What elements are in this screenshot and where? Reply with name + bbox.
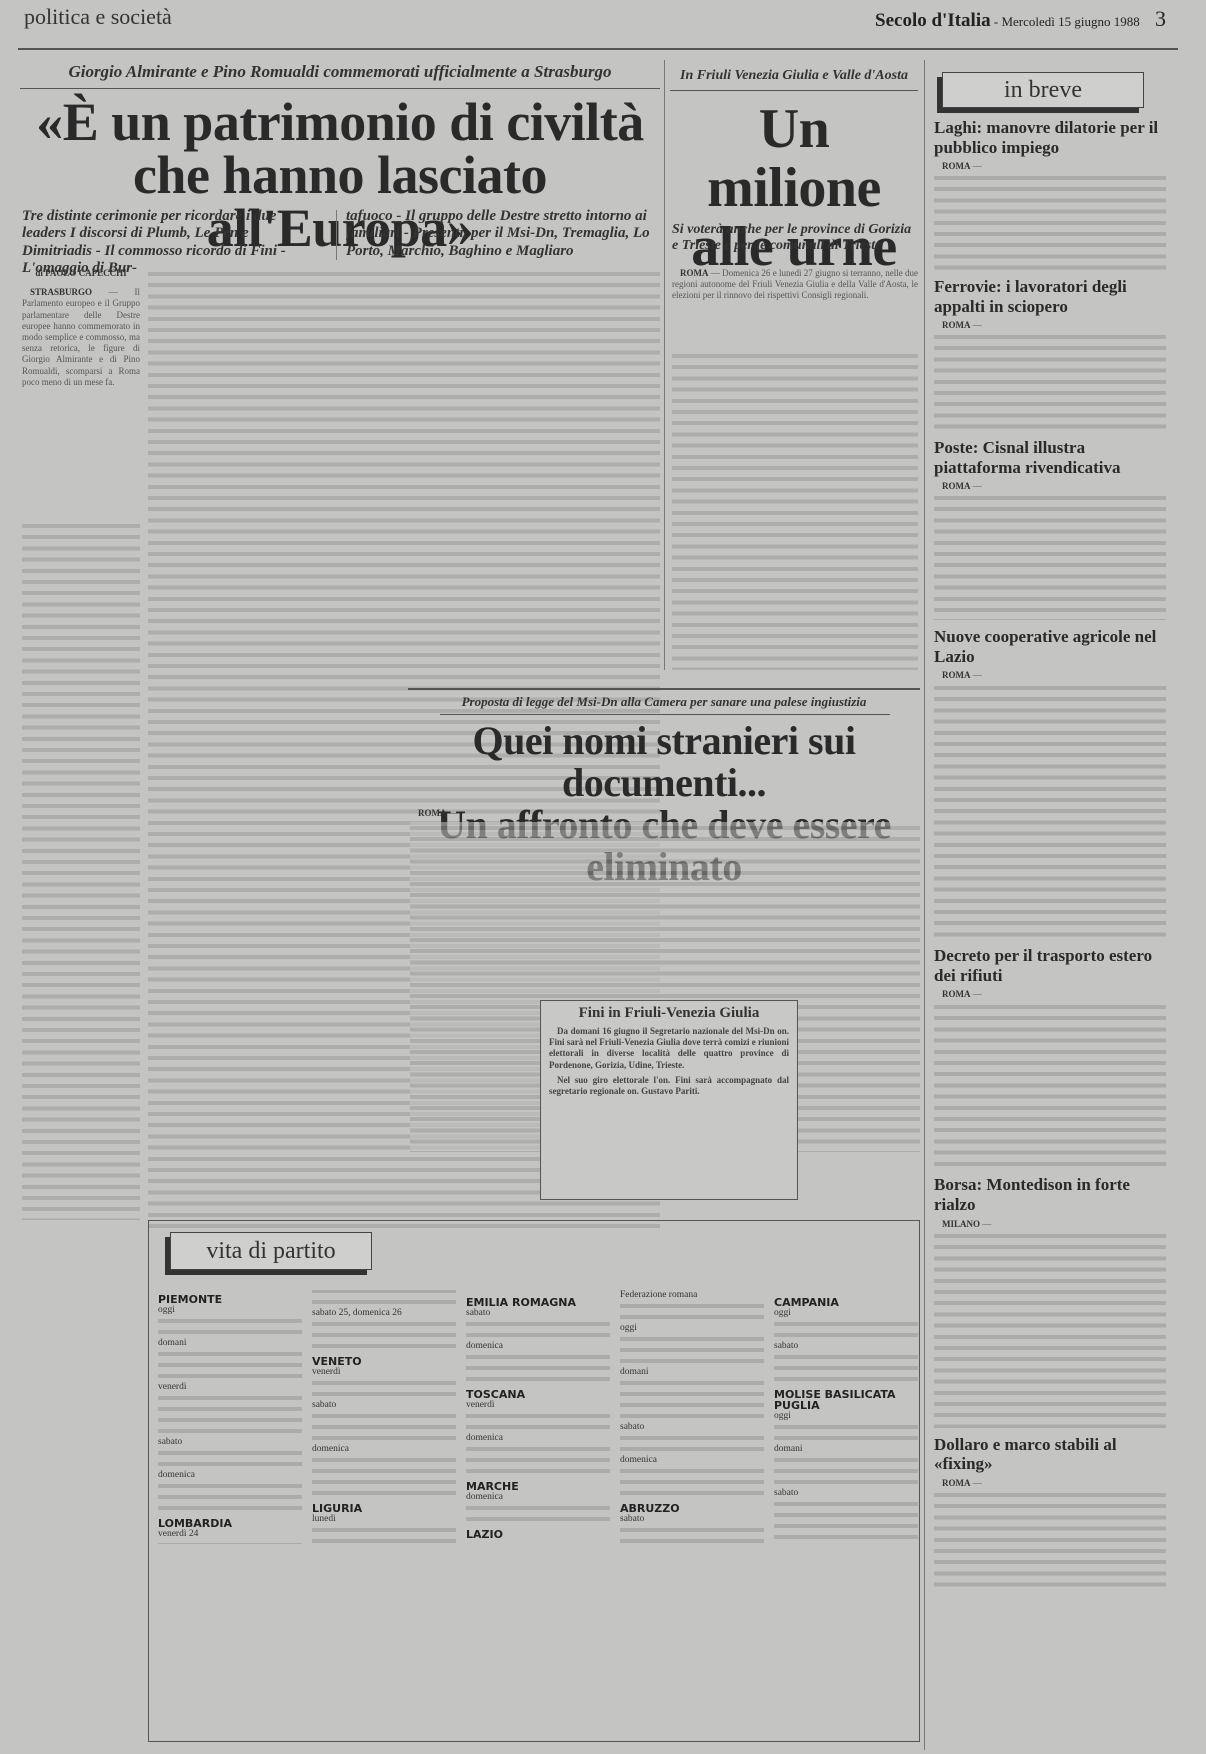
- brief-body: ROMA —: [934, 989, 1166, 1169]
- kicker-rule: [20, 88, 660, 89]
- col-divider: [664, 60, 665, 670]
- paper-name: Secolo d'Italia: [875, 10, 991, 31]
- region-day: oggi: [158, 1305, 302, 1316]
- event-text: [312, 1378, 456, 1400]
- region-day: sabato: [774, 1488, 918, 1499]
- main-subhead-right: tafuoco - Il gruppo delle Destre stretto…: [346, 208, 660, 260]
- region-heading: LIGURIA: [312, 1503, 456, 1514]
- region-heading: VENETO: [312, 1356, 456, 1367]
- col-divider-right: [924, 60, 925, 1750]
- event-text: [774, 1319, 918, 1341]
- region-day: oggi: [774, 1411, 918, 1422]
- event-text: [312, 1455, 456, 1499]
- vita-banner: vita di partito: [170, 1232, 372, 1270]
- region-heading: CAMPANIA: [774, 1297, 918, 1308]
- region-day: domani: [158, 1338, 302, 1349]
- nomi-kicker: Proposta di legge del Msi-Dn alla Camera…: [408, 694, 920, 710]
- brief-title: Decreto per il trasporto estero dei rifi…: [934, 946, 1166, 985]
- brief-body: ROMA —: [934, 161, 1166, 271]
- event-text: [774, 1499, 918, 1543]
- nomi-kicker-rule: [440, 714, 890, 715]
- event-text: [158, 1481, 302, 1514]
- fini-box-body: Da domani 16 giugno il Segretario nazion…: [549, 1026, 789, 1176]
- brief-dateline: ROMA: [942, 481, 971, 491]
- event-text: [774, 1455, 918, 1488]
- region-heading: MOLISE BASILICATA PUGLIA: [774, 1389, 918, 1411]
- main-headline-line1: «È un patrimonio di civiltà: [14, 96, 666, 149]
- main-subhead-left: Tre distinte cerimonie per ricordare i d…: [22, 208, 322, 277]
- friuli-headline-line1: Un milione: [668, 100, 920, 218]
- brief-title: Laghi: manovre dilatorie per il pubblico…: [934, 118, 1166, 157]
- brief-dateline: ROMA: [942, 989, 971, 999]
- event-text: [620, 1433, 764, 1455]
- fini-box-text: Da domani 16 giugno il Segretario nazion…: [549, 1026, 789, 1071]
- issue-date: Mercoledì 15 giugno 1988: [1001, 14, 1139, 29]
- friuli-rule: [670, 90, 918, 91]
- friuli-subhead: Si voterà anche per le province di Goriz…: [672, 222, 918, 254]
- region-day: domenica: [466, 1492, 610, 1503]
- region-day: sabato: [620, 1422, 764, 1433]
- event-text: [466, 1319, 610, 1341]
- event-text: [312, 1411, 456, 1444]
- brief-dateline: MILANO: [942, 1219, 980, 1229]
- dateline: STRASBURGO: [30, 287, 92, 297]
- region-day: domenica: [312, 1444, 456, 1455]
- event-text: [466, 1503, 610, 1525]
- region-day: domenica: [158, 1470, 302, 1481]
- region-day: oggi: [620, 1323, 764, 1334]
- brief-title: Borsa: Montedison in forte rialzo: [934, 1175, 1166, 1214]
- byline: di PAOLO CAPECCHI: [22, 268, 140, 279]
- region-day: sabato 25, domenica 26: [312, 1308, 456, 1319]
- in-breve-banner: in breve: [942, 72, 1144, 108]
- region-day: venerdì: [312, 1367, 456, 1378]
- nomi-dateline-text: ROMA: [418, 808, 447, 818]
- event-text: [312, 1319, 456, 1352]
- region-day: venerdì 24: [158, 1529, 302, 1540]
- region-heading: TOSCANA: [466, 1389, 610, 1400]
- brief-body: MILANO —: [934, 1219, 1166, 1429]
- region-day: sabato: [774, 1341, 918, 1352]
- brief-title: Dollaro e marco stabili al «fixing»: [934, 1435, 1166, 1474]
- region-day: domenica: [466, 1341, 610, 1352]
- region-heading: ABRUZZO: [620, 1503, 764, 1514]
- event-text: [466, 1411, 610, 1433]
- fini-box-title: Fini in Friuli-Venezia Giulia: [541, 1005, 797, 1022]
- event-text: [774, 1422, 918, 1444]
- article-body: Il Parlamento europeo e il Gruppo parlam…: [22, 287, 140, 387]
- region-day: domani: [620, 1367, 764, 1378]
- event-text: [620, 1378, 764, 1422]
- region-heading: PIEMONTE: [158, 1294, 302, 1305]
- event-text: [774, 1352, 918, 1385]
- event-text: [620, 1466, 764, 1499]
- region-day: oggi: [774, 1308, 918, 1319]
- section-title: politica e società: [24, 4, 172, 30]
- brief-body: ROMA —: [934, 320, 1166, 432]
- event-text: [620, 1334, 764, 1367]
- brief-dateline: ROMA: [942, 320, 971, 330]
- fini-box-closing: Nel suo giro elettorale l'on. Fini sarà …: [549, 1075, 789, 1097]
- vita-regions: PIEMONTEoggidomanivenerdìsabatodomenicaL…: [158, 1290, 918, 1730]
- event-text: [158, 1349, 302, 1382]
- region-day: Federazione romana: [620, 1290, 764, 1301]
- subhead-divider: [336, 210, 337, 260]
- brief-title: Ferrovie: i lavoratori degli appalti in …: [934, 277, 1166, 316]
- friuli-dateline: ROMA: [680, 268, 709, 278]
- region-day: sabato: [620, 1514, 764, 1525]
- page-number: 3: [1155, 6, 1166, 31]
- event-text: [158, 1316, 302, 1338]
- region-day: domani: [774, 1444, 918, 1455]
- nomi-headline-line1: Quei nomi stranieri sui documenti...: [406, 720, 922, 804]
- region-heading: EMILIA ROMAGNA: [466, 1297, 610, 1308]
- event-text: [466, 1444, 610, 1477]
- region-heading: LOMBARDIA: [158, 1518, 302, 1529]
- region-day: sabato: [312, 1400, 456, 1411]
- region-day: sabato: [158, 1437, 302, 1448]
- brief-title: Poste: Cisnal illustra piattaforma riven…: [934, 438, 1166, 477]
- main-body-col1-text: [22, 520, 140, 1220]
- friuli-body-columns: [672, 350, 918, 670]
- brief-body: ROMA —: [934, 481, 1166, 621]
- main-kicker: Giorgio Almirante e Pino Romualdi commem…: [20, 62, 660, 82]
- brief-dateline: ROMA: [942, 1478, 971, 1488]
- region-day: domenica: [620, 1455, 764, 1466]
- region-day: venerdì: [158, 1382, 302, 1393]
- header-rule: [18, 48, 1178, 50]
- friuli-lead: ROMA — Domenica 26 e lunedì 27 giugno si…: [672, 268, 918, 348]
- region-day: sabato: [466, 1308, 610, 1319]
- masthead: Secolo d'Italia - Mercoledì 15 giugno 19…: [875, 6, 1166, 32]
- region-day: domenica: [466, 1433, 610, 1444]
- brief-dateline: ROMA: [942, 161, 971, 171]
- fini-box: Fini in Friuli-Venezia Giulia Da domani …: [540, 1000, 798, 1200]
- event-text: [466, 1352, 610, 1385]
- nomi-dateline: ROMA —: [410, 808, 530, 819]
- region-day: venerdì: [466, 1400, 610, 1411]
- brief-dateline: ROMA: [942, 670, 971, 680]
- event-text: [158, 1393, 302, 1437]
- in-breve-list: Laghi: manovre dilatorie per il pubblico…: [934, 118, 1166, 1598]
- friuli-body: Domenica 26 e lunedì 27 giugno si terran…: [672, 268, 918, 300]
- brief-body: ROMA —: [934, 670, 1166, 940]
- nomi-top-rule: [408, 688, 920, 690]
- region-day: lunedì: [312, 1514, 456, 1525]
- event-text: [158, 1448, 302, 1470]
- region-heading: LAZIO: [466, 1529, 610, 1540]
- friuli-kicker: In Friuli Venezia Giulia e Valle d'Aosta: [670, 68, 918, 84]
- region-heading: MARCHE: [466, 1481, 610, 1492]
- event-text: [620, 1301, 764, 1323]
- brief-title: Nuove cooperative agricole nel Lazio: [934, 627, 1166, 666]
- brief-body: ROMA —: [934, 1478, 1166, 1598]
